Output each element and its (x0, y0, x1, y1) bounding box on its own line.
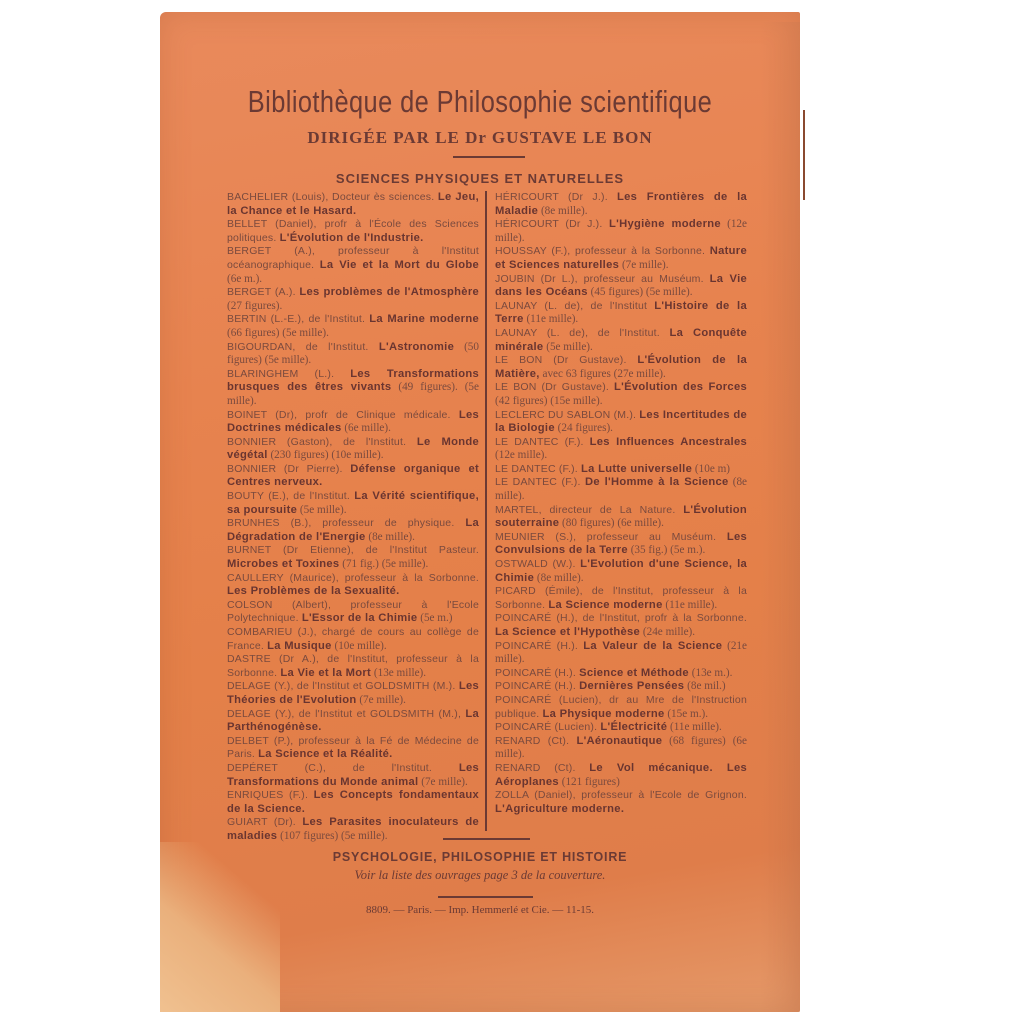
entry-title: La Vie et la Mort du Globe (320, 259, 479, 271)
catalog-entry: BLARINGHEM (L.). Les Transformations bru… (227, 368, 479, 409)
catalog-entry: GUIART (Dr). Les Parasites inoculateurs … (227, 816, 479, 843)
catalog-entry: BONNIER (Dr Pierre). Défense organique e… (227, 463, 479, 490)
catalog-entry: DELAGE (Y.), de l'Institut et GOLDSMITH … (227, 708, 479, 735)
entry-author: LE DANTEC (F.). (495, 436, 590, 448)
entry-author: BURNET (Dr Etienne), de l'Institut Paste… (227, 544, 479, 556)
catalog-entry: POINCARÉ (H.). La Valeur de la Science (… (495, 640, 747, 667)
entry-author: MEUNIER (S.), professeur au Muséum. (495, 531, 727, 543)
catalog-entry: LE DANTEC (F.). La Lutte universelle (10… (495, 463, 747, 477)
catalog-entry: POINCARÉ (Lucien), dr au Mre de l'Instru… (495, 694, 747, 721)
entry-note: (6e m.). (227, 273, 262, 285)
catalog-right-column: HÉRICOURT (Dr J.). Les Frontières de la … (495, 191, 747, 816)
catalog-entry: HOUSSAY (F.), professeur à la Sorbonne. … (495, 245, 747, 272)
catalog-entry: COLSON (Albert), professeur à l'Ecole Po… (227, 599, 479, 626)
catalog-entry: BIGOURDAN, de l'Institut. L'Astronomie (… (227, 341, 479, 368)
catalog-entry: BOINET (Dr), profr de Clinique médicale.… (227, 409, 479, 436)
entry-author: POINCARÉ (H.), de l'Institut, profr à la… (495, 612, 747, 624)
entry-note: (10e m) (692, 463, 730, 475)
catalog-entry: BERGET (A.). Les problèmes de l'Atmosphè… (227, 286, 479, 313)
entry-author: BERGET (A.). (227, 286, 299, 298)
series-director: DIRIGÉE PAR LE Dr GUSTAVE LE BON (160, 128, 800, 148)
entry-title: L'Astronomie (379, 341, 454, 353)
entry-note: (5e mille). (297, 504, 346, 516)
catalog-entry: BERGET (A.), professeur à l'Institut océ… (227, 245, 479, 286)
catalog-entry: MEUNIER (S.), professeur au Muséum. Les … (495, 531, 747, 558)
entry-author: DELAGE (Y.), de l'Institut et GOLDSMITH … (227, 708, 465, 720)
catalog-entry: MARTEL, directeur de La Nature. L'Évolut… (495, 504, 747, 531)
entry-author: ENRIQUES (F.). (227, 789, 314, 801)
entry-title: L'Hygiène moderne (609, 218, 721, 230)
other-series-heading: PSYCHOLOGIE, PHILOSOPHIE ET HISTOIRE (160, 850, 800, 864)
catalog-entry: COMBARIEU (J.), chargé de cours au collè… (227, 626, 479, 653)
catalog-entry: RENARD (Ct). Le Vol mécanique. Les Aérop… (495, 762, 747, 789)
entry-note: avec 63 figures (27e mille). (540, 368, 666, 380)
entry-author: LE BON (Dr Gustave). (495, 354, 637, 366)
entry-note: (66 figures) (5e mille). (227, 327, 329, 339)
entry-author: GUIART (Dr). (227, 816, 302, 828)
entry-author: BACHELIER (Louis), Docteur ès sciences. (227, 191, 438, 203)
catalog-entry: LAUNAY (L. de), de l'Institut L'Histoire… (495, 300, 747, 327)
entry-author: JOUBIN (Dr L.), professeur au Muséum. (495, 273, 710, 285)
entry-note: (15e m.). (665, 708, 709, 720)
entry-author: LE DANTEC (F.). (495, 463, 581, 475)
entry-note: (42 figures) (15e mille). (495, 395, 603, 407)
catalog-entry: BACHELIER (Louis), Docteur ès sciences. … (227, 191, 479, 218)
entry-note: (8e mille). (538, 205, 587, 217)
entry-title: Les Problèmes de la Sexualité. (227, 585, 400, 597)
catalog-entry: HÉRICOURT (Dr J.). Les Frontières de la … (495, 191, 747, 218)
catalog-entry: CAULLERY (Maurice), professeur à la Sorb… (227, 572, 479, 599)
entry-author: HÉRICOURT (Dr J.). (495, 191, 617, 203)
entry-author: LE DANTEC (F.). (495, 476, 585, 488)
entry-title: La Valeur de la Science (583, 640, 722, 652)
entry-author: LECLERC DU SABLON (M.). (495, 409, 639, 421)
bottom-rule (438, 896, 533, 898)
catalog-entry: BOUTY (E.), de l'Institut. La Vérité sci… (227, 490, 479, 517)
entry-title: La Musique (267, 640, 332, 652)
entry-note: (13e mille). (371, 667, 426, 679)
entry-author: CAULLERY (Maurice), professeur à la Sorb… (227, 572, 479, 584)
entry-author: BERTIN (L.-E.), de l'Institut. (227, 313, 369, 325)
entry-author: BONNIER (Gaston), de l'Institut. (227, 436, 417, 448)
entry-author: LE BON (Dr Gustave). (495, 381, 614, 393)
entry-title: Les Influences Ancestrales (590, 436, 747, 448)
spine-edge (803, 110, 805, 200)
entry-author: LAUNAY (L. de), de l'Institut (495, 300, 654, 312)
catalog-entry: LE DANTEC (F.). Les Influences Ancestral… (495, 436, 747, 463)
catalog-entry: DELBET (P.), professeur à la Fé de Médec… (227, 735, 479, 762)
entry-title: Dernières Pensées (579, 680, 684, 692)
entry-title: La Marine moderne (369, 313, 479, 325)
catalog-entry: BRUNHES (B.), professeur de physique. La… (227, 517, 479, 544)
entry-title: L'Évolution de l'Industrie. (280, 232, 424, 244)
entry-note: (27 figures). (227, 300, 282, 312)
section-heading: SCIENCES PHYSIQUES ET NATURELLES (160, 171, 800, 186)
entry-title: L'Essor de la Chimie (302, 612, 418, 624)
catalog-entry: DASTRE (Dr A.), de l'Institut, professeu… (227, 653, 479, 680)
column-divider (485, 191, 487, 831)
entry-title: Les problèmes de l'Atmosphère (299, 286, 479, 298)
entry-author: ZOLLA (Daniel), professeur à l'Ecole de … (495, 789, 747, 801)
entry-author: POINCARÉ (Lucien). (495, 721, 600, 733)
catalog-entry: PICARD (Émile), de l'Institut, professeu… (495, 585, 747, 612)
entry-author: BOINET (Dr), profr de Clinique médicale. (227, 409, 459, 421)
entry-title: La Science et la Réalité. (258, 748, 392, 760)
title-rule (453, 156, 525, 158)
entry-title: La Physique moderne (543, 708, 665, 720)
entry-note: (7e mille). (418, 776, 467, 788)
entry-note: (11e mille). (663, 599, 718, 611)
entry-author: DEPÉRET (C.), de l'Institut. (227, 762, 459, 774)
entry-title: Microbes et Toxines (227, 558, 339, 570)
entry-author: HOUSSAY (F.), professeur à la Sorbonne. (495, 245, 710, 257)
entry-author: POINCARÉ (H.). (495, 640, 583, 652)
entry-author: LAUNAY (L. de), de l'Institut. (495, 327, 669, 339)
entry-author: OSTWALD (W.). (495, 558, 580, 570)
other-series-note: Voir la liste des ouvrages page 3 de la … (160, 868, 800, 883)
entry-author: POINCARÉ (H.). (495, 680, 579, 692)
catalog-entry: BONNIER (Gaston), de l'Institut. Le Mond… (227, 436, 479, 463)
catalog-entry: POINCARÉ (H.). Science et Méthode (13e m… (495, 667, 747, 681)
entry-author: DELAGE (Y.), de l'Institut et GOLDSMITH … (227, 680, 459, 692)
entry-note: (5e m.) (417, 612, 452, 624)
entry-note: (8e mille). (366, 531, 415, 543)
entry-note: (24e mille). (640, 626, 695, 638)
entry-title: L'Agriculture moderne. (495, 803, 624, 815)
entry-note: (107 figures) (5e mille). (277, 830, 387, 842)
entry-title: L'Évolution des Forces (614, 381, 747, 393)
series-title: Bibliothèque de Philosophie scientifique (218, 84, 743, 120)
entry-note: (13e m.). (689, 667, 733, 679)
entry-author: HÉRICOURT (Dr J.). (495, 218, 609, 230)
catalog-entry: JOUBIN (Dr L.), professeur au Muséum. La… (495, 273, 747, 300)
entry-author: BRUNHES (B.), professeur de physique. (227, 517, 465, 529)
entry-note: (7e mille). (357, 694, 406, 706)
catalog-entry: DEPÉRET (C.), de l'Institut. Les Transfo… (227, 762, 479, 789)
entry-title: L'Aéronautique (576, 735, 662, 747)
entry-title: La Science moderne (548, 599, 662, 611)
entry-note: (8e mille). (534, 572, 583, 584)
entry-note: (35 fig.) (5e m.). (628, 544, 705, 556)
printer-imprint: 8809. — Paris. — Imp. Hemmerlé et Cie. —… (160, 904, 800, 916)
entry-title: La Lutte universelle (581, 463, 692, 475)
bottom-rule-top (443, 838, 530, 840)
entry-note: (10e mille). (332, 640, 387, 652)
entry-note: (11e mille). (667, 721, 722, 733)
catalog-entry: RENARD (Ct). L'Aéronautique (68 figures)… (495, 735, 747, 762)
catalog-entry: ZOLLA (Daniel), professeur à l'Ecole de … (495, 789, 747, 816)
entry-note: (11e mille). (524, 313, 579, 325)
catalog-entry: BURNET (Dr Etienne), de l'Institut Paste… (227, 544, 479, 571)
catalog-entry: LECLERC DU SABLON (M.). Les Incertitudes… (495, 409, 747, 436)
catalog-entry: OSTWALD (W.). L'Evolution d'une Science,… (495, 558, 747, 585)
catalog-left-column: BACHELIER (Louis), Docteur ès sciences. … (227, 191, 479, 844)
catalog-entry: POINCARÉ (H.), de l'Institut, profr à la… (495, 612, 747, 639)
catalog-entry: ENRIQUES (F.). Les Concepts fondamentaux… (227, 789, 479, 816)
entry-title: La Science et l'Hypothèse (495, 626, 640, 638)
entry-note: (24 figures). (555, 422, 613, 434)
entry-title: La Vie et la Mort (280, 667, 371, 679)
entry-note: (7e mille). (619, 259, 668, 271)
catalog-entry: BERTIN (L.-E.), de l'Institut. La Marine… (227, 313, 479, 340)
catalog-entry: LE DANTEC (F.). De l'Homme à la Science … (495, 476, 747, 503)
catalog-entry: POINCARÉ (Lucien). L'Électricité (11e mi… (495, 721, 747, 735)
entry-note: (12e mille). (495, 449, 547, 461)
entry-note: (5e mille). (543, 341, 592, 353)
entry-title: L'Électricité (600, 721, 667, 733)
entry-note: (8e mil.) (684, 680, 725, 692)
entry-note: (6e mille). (342, 422, 391, 434)
entry-title: Science et Méthode (579, 667, 689, 679)
catalog-entry: LE BON (Dr Gustave). L'Évolution de la M… (495, 354, 747, 381)
entry-author: RENARD (Ct). (495, 735, 576, 747)
entry-note: (121 figures) (559, 776, 620, 788)
catalog-entry: POINCARÉ (H.). Dernières Pensées (8e mil… (495, 680, 747, 694)
entry-author: RENARD (Ct). (495, 762, 589, 774)
entry-author: BLARINGHEM (L.). (227, 368, 350, 380)
entry-note: (45 figures) (5e mille). (588, 286, 693, 298)
catalog-entry: DELAGE (Y.), de l'Institut et GOLDSMITH … (227, 680, 479, 707)
entry-note: (230 figures) (10e mille). (268, 449, 384, 461)
entry-author: BONNIER (Dr Pierre). (227, 463, 350, 475)
entry-note: (71 fig.) (5e mille). (339, 558, 428, 570)
entry-author: MARTEL, directeur de La Nature. (495, 504, 683, 516)
catalog-entry: BELLET (Daniel), profr à l'École des Sci… (227, 218, 479, 245)
entry-author: BIGOURDAN, de l'Institut. (227, 341, 379, 353)
catalog-entry: LE BON (Dr Gustave). L'Évolution des For… (495, 381, 747, 408)
catalog-entry: HÉRICOURT (Dr J.). L'Hygiène moderne (12… (495, 218, 747, 245)
entry-title: De l'Homme à la Science (585, 476, 729, 488)
entry-note: (80 figures) (6e mille). (559, 517, 664, 529)
catalog-entry: LAUNAY (L. de), de l'Institut. La Conquê… (495, 327, 747, 354)
entry-author: POINCARÉ (H.). (495, 667, 579, 679)
entry-author: BOUTY (E.), de l'Institut. (227, 490, 354, 502)
